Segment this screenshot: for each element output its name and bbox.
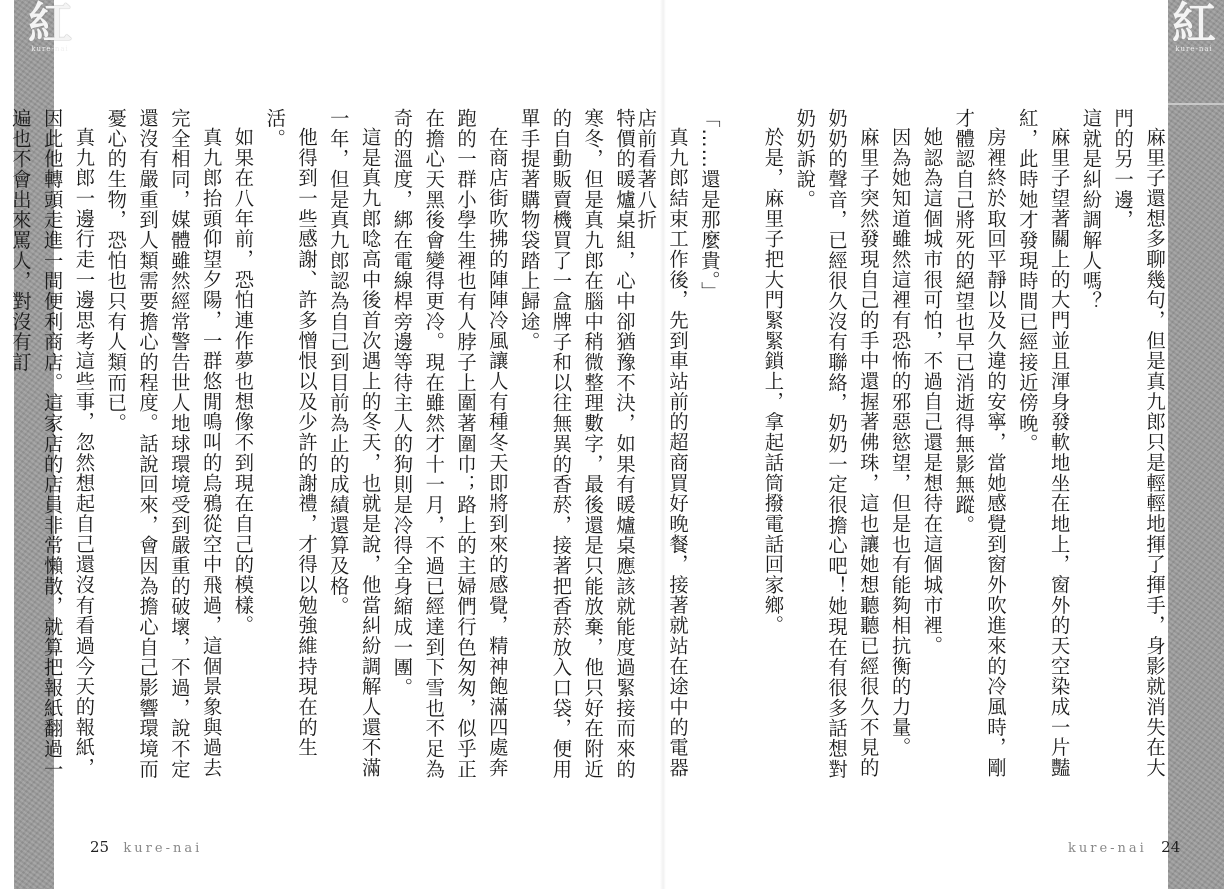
paragraph: 於是，麻里子把大門緊緊鎖上，拿起話筒撥電話回家鄉。	[757, 108, 789, 798]
paragraph: 在商店街吹拂的陣陣冷風讓人有種冬天即將到來的感覺，精神飽滿四處奔跑的一群小學生裡…	[386, 108, 513, 798]
running-title: kure-nai	[1068, 841, 1147, 856]
paragraph: 真九郎抬頭仰望夕陽，一群悠閒鳴叫的烏鴉從空中飛過，這個景象與過去完全相同，媒體雖…	[99, 108, 226, 798]
page-25-footer: 25 kure-nai	[90, 838, 202, 856]
paragraph: 麻里子望著關上的大門並且渾身發軟地坐在地上，窗外的天空染成一片豔紅，此時她才發現…	[1011, 108, 1075, 798]
paragraph: 她認為這個城市很可怕，不過自己還是想待在這個城市裡。	[916, 108, 948, 798]
paragraph: 麻里子還想多聊幾句，但是真九郎只是輕輕地揮了揮手，身影就消失在大門的另一邊，	[1106, 108, 1170, 798]
paragraph: 麻里子突然發現自己的手中還握著佛珠，這也讓她想聽聽已經很久不見的奶奶的聲音，已經…	[788, 108, 883, 798]
dialogue-line: 「……還是那麼貴。」	[693, 108, 725, 798]
logo-glyph: 紅	[28, 2, 72, 46]
paragraph: 特價的暖爐桌組，心中卻猶豫不決，如果有暖爐桌應該就能度過緊接而來的寒冬，但是真九…	[513, 108, 640, 798]
right-page-edge-band	[1168, 0, 1224, 889]
running-title: kure-nai	[123, 841, 202, 856]
page-number: 25	[90, 838, 109, 856]
logo-subtitle: kure-nai	[1175, 45, 1213, 53]
right-logo: 紅 kure-nai	[1164, 2, 1224, 54]
paragraph: 真九郎一邊行走一邊思考這些事，忽然想起自己還沒有看過今天的報紙，因此他轉頭走進一…	[4, 108, 99, 798]
paragraph: 如果在八年前，恐怕連作夢也想像不到現在自己的模樣。	[227, 108, 259, 798]
page-24-body: 麻里子還想多聊幾句，但是真九郎只是輕輕地揮了揮手，身影就消失在大門的另一邊， 這…	[680, 108, 1170, 798]
paragraph: 因為她知道雖然這裡有恐怖的邪惡慾望，但是也有能夠相抗衡的力量。	[884, 108, 916, 798]
paragraph: 這是真九郎唸高中後首次遇上的冬天，也就是說，他當糾紛調解人還不滿一年，但是真九郎…	[322, 108, 386, 798]
left-logo: 紅 kure-nai	[20, 2, 80, 54]
page-24-footer: kure-nai 24	[1068, 838, 1180, 856]
paragraph: 房裡終於取回平靜以及久違的安寧，當她感覺到窗外吹進來的冷風時，剛才體認自己將死的…	[947, 108, 1011, 798]
paragraph: 這就是糾紛調解人嗎？	[1075, 108, 1107, 798]
paragraph: 他得到一些感謝、許多憎恨以及少許的謝禮，才得以勉強維持現在的生活。	[258, 108, 322, 798]
logo-subtitle: kure-nai	[31, 45, 69, 53]
logo-glyph: 紅	[1172, 2, 1216, 46]
page-number: 24	[1161, 838, 1180, 856]
page-25-body: 特價的暖爐桌組，心中卻猶豫不決，如果有暖爐桌應該就能度過緊接而來的寒冬，但是真九…	[85, 108, 640, 798]
